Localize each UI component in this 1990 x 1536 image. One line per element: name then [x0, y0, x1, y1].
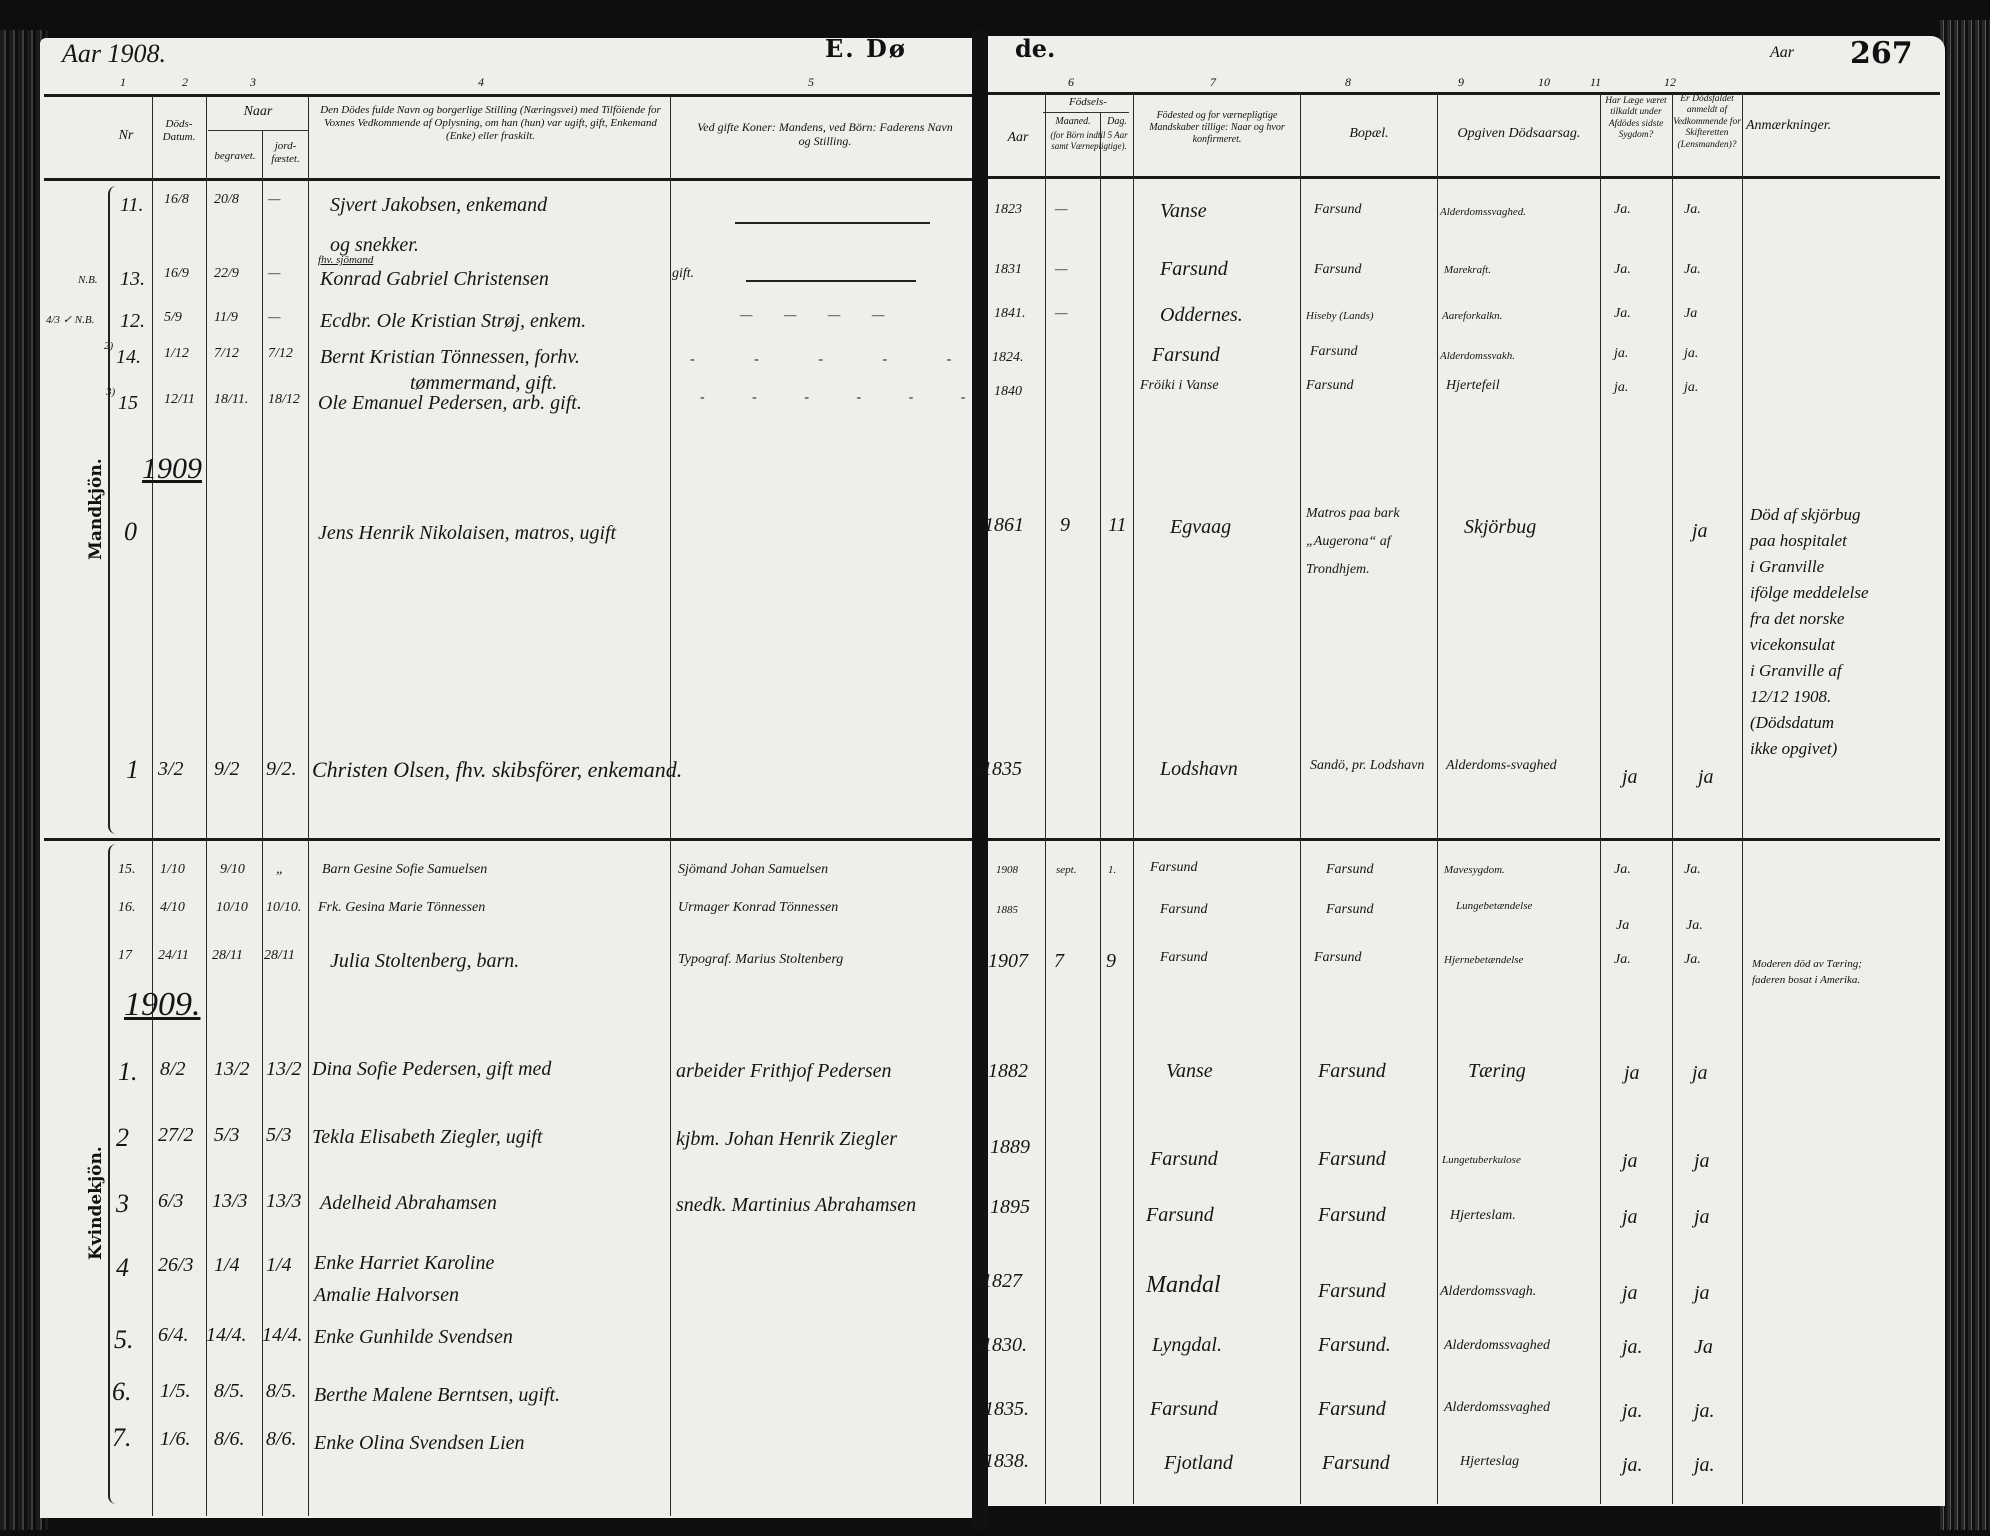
col-rule — [1437, 94, 1438, 1504]
cell-birthplace: Farsund — [1160, 258, 1228, 280]
cell-jord-date: — — [268, 192, 280, 207]
cell-birth-year: 1835. — [984, 1398, 1029, 1420]
cell-birth-day: 9 — [1106, 950, 1116, 972]
cell-name: Konrad Gabriel Christensen — [320, 268, 549, 290]
cell-buried-date: 8/5. — [214, 1380, 245, 1402]
cell-buried-date: 9/10 — [220, 862, 245, 877]
col-rule — [1100, 112, 1101, 1504]
cell-reported: ja — [1694, 1282, 1710, 1304]
cell-nr: 4 — [116, 1254, 129, 1283]
col-rule — [308, 96, 309, 1516]
cell-margin-note: N.B. — [78, 274, 98, 286]
header-begravet: begravet. — [208, 150, 262, 163]
column-number: 5 — [808, 75, 814, 90]
cell-birth-year: 1895 — [990, 1196, 1030, 1218]
column-number: 10 — [1538, 75, 1550, 90]
header-maaned: Maaned. — [1046, 116, 1100, 128]
cell-reported: Ja. — [1684, 952, 1701, 967]
cell-birthplace: Farsund — [1160, 950, 1207, 965]
cell-death-date: 26/3 — [158, 1254, 194, 1276]
cell-buried-date: 18/11. — [214, 392, 248, 407]
section-divider — [44, 838, 972, 841]
cell-birthplace: Mandal — [1146, 1272, 1221, 1298]
cell-death-date: 16/9 — [164, 266, 189, 281]
cell-residence: Farsund — [1318, 1148, 1386, 1170]
cell-jord-date: 13/3 — [266, 1190, 302, 1212]
cell-birth-month: — — [1055, 262, 1067, 277]
cell-jord-date: 7/12 — [268, 346, 293, 361]
cell-nr: 1. — [118, 1058, 138, 1087]
section-divider — [988, 838, 1940, 841]
cell-cause: Alderdomssvaghed. — [1440, 206, 1526, 218]
col-rule — [262, 130, 263, 1516]
cell-birth-year: 1841. — [994, 306, 1026, 321]
cell-birth-year: 1830. — [982, 1334, 1027, 1356]
cell-margin-note: 4/3 ✓ N.B. — [46, 314, 94, 326]
cell-birthplace: Farsund — [1150, 860, 1197, 875]
cell-parent: Typograf. Marius Stoltenberg — [678, 952, 843, 967]
cell-death-date: 6/3 — [158, 1190, 184, 1212]
cell-reported: ja. — [1694, 1400, 1715, 1422]
col-rule — [1742, 94, 1743, 1504]
cell-reported: Ja — [1694, 1336, 1713, 1358]
right-year-label: Aar — [1770, 44, 1794, 62]
cell-nr: 2 — [116, 1124, 129, 1153]
header-laege: Har Læge været tilkaldt under Afdödes si… — [1601, 96, 1671, 142]
cell-doctor: ja — [1622, 1282, 1638, 1304]
cell-death-date: 1/5. — [160, 1380, 191, 1402]
cell-jord-date: — — [268, 266, 280, 281]
cell-parent: snedk. Martinius Abrahamsen — [676, 1194, 916, 1216]
cell-name: Sjvert Jakobsen, enkemand — [330, 194, 547, 216]
cell-name-cont: Amalie Halvorsen — [314, 1284, 459, 1306]
cell-cause: Lungebetændelse — [1456, 900, 1532, 912]
cell-residence: Farsund — [1326, 902, 1373, 917]
header-bopael: Bopæl. — [1302, 126, 1436, 143]
cell-death-date: 6/4. — [158, 1324, 189, 1346]
cell-nr: 7. — [112, 1424, 132, 1453]
cell-reported: Ja. — [1686, 918, 1703, 933]
cell-jord-date: — — [268, 310, 280, 325]
cell-residence: Farsund — [1306, 378, 1353, 393]
cell-parent: — — — — — [740, 308, 898, 323]
cell-reported: Ja. — [1684, 862, 1701, 877]
cell-nr: 15 — [118, 392, 138, 414]
section-female-label: Kvindekjön. — [86, 1146, 106, 1260]
cell-birthplace: Farsund — [1150, 1398, 1218, 1420]
cell-jord-date: 8/5. — [266, 1380, 297, 1402]
column-number: 12 — [1664, 75, 1676, 90]
cell-birthplace: Vanse — [1160, 200, 1207, 222]
cell-residence: Farsund. — [1318, 1334, 1391, 1356]
cell-nr: 17 — [118, 948, 132, 963]
column-number: 8 — [1345, 75, 1351, 90]
cell-death-date: 4/10 — [160, 900, 185, 915]
cell-birthplace: Lyngdal. — [1152, 1334, 1222, 1356]
cell-doctor: Ja. — [1614, 202, 1631, 217]
cell-birth-year: 1882 — [988, 1060, 1028, 1082]
cell-cause: Alderdomssvaghed — [1444, 1400, 1550, 1415]
cell-birth-year: 1907 — [988, 950, 1028, 972]
cell-parent: kjbm. Johan Henrik Ziegler — [676, 1128, 897, 1150]
cell-birthplace: Farsund — [1160, 902, 1207, 917]
cell-cause: Aareforkalkn. — [1442, 310, 1502, 322]
cell-cause: Alderdomssvakh. — [1440, 350, 1515, 362]
cell-residence: Farsund — [1318, 1060, 1386, 1082]
cell-doctor: Ja. — [1614, 262, 1631, 277]
cell-buried-date: 1/4 — [214, 1254, 240, 1276]
cell-nr: 1 — [126, 756, 139, 785]
cell-residence: Farsund — [1318, 1280, 1386, 1302]
cell-name: Dina Sofie Pedersen, gift med — [312, 1058, 551, 1080]
cell-death-date: 1/12 — [164, 346, 189, 361]
cell-residence: Farsund — [1322, 1452, 1390, 1474]
cell-birth-month: — — [1055, 306, 1067, 321]
column-number: 3 — [250, 75, 256, 90]
column-number: 6 — [1068, 75, 1074, 90]
cell-reported: ja. — [1684, 380, 1698, 395]
cell-residence: Farsund — [1314, 202, 1361, 217]
cell-reported: ja — [1694, 1206, 1710, 1228]
col-rule — [1045, 94, 1046, 1504]
cell-residence: Matros paa bark „Augerona“ af Trondhjem. — [1306, 500, 1434, 584]
cell-doctor: Ja. — [1614, 952, 1631, 967]
col-rule — [1600, 94, 1601, 1504]
cell-death-date: 1/10 — [160, 862, 185, 877]
cell-reported: ja — [1694, 1150, 1710, 1172]
cell-buried-date: 11/9 — [214, 310, 238, 325]
cell-doctor: ja. — [1622, 1336, 1643, 1358]
column-number: 2 — [182, 75, 188, 90]
header-aar: Aar — [992, 130, 1044, 147]
cell-buried-date: 9/2 — [214, 758, 240, 780]
cell-birthplace: Fröiki i Vanse — [1140, 378, 1219, 393]
cell-cause: Hjernebetændelse — [1444, 954, 1523, 966]
cell-cause: Lungetuberkulose — [1442, 1154, 1521, 1166]
cell-margin-note: 2) — [104, 340, 113, 352]
cell-buried-date: 20/8 — [214, 192, 239, 207]
cell-buried-date: 8/6. — [214, 1428, 245, 1450]
cell-doctor: ja. — [1614, 346, 1628, 361]
cell-birthplace: Fjotland — [1164, 1452, 1233, 1474]
header-fodested: Födested og for værnepligtige Mandskaber… — [1136, 110, 1298, 146]
header-bottom-rule — [44, 178, 972, 181]
column-number: 1 — [120, 75, 126, 90]
cell-jord-date: 10/10. — [266, 900, 301, 915]
column-number: 4 — [478, 75, 484, 90]
cell-jord-date: 18/12 — [268, 392, 300, 407]
cell-buried-date: 7/12 — [214, 346, 239, 361]
cell-parent: - - - - - — [690, 352, 979, 367]
cell-reported: ja — [1698, 766, 1714, 788]
cell-nr: 16. — [118, 900, 136, 915]
cell-birth-year: 1889 — [990, 1136, 1030, 1158]
fodsels-subrule — [1043, 112, 1129, 113]
cell-name: Julia Stoltenberg, barn. — [330, 950, 519, 972]
cell-death-date: 16/8 — [164, 192, 189, 207]
cell-birth-year: 1835 — [982, 758, 1022, 780]
cell-reported: Ja. — [1684, 202, 1701, 217]
cell-birth-day: 1. — [1108, 864, 1116, 876]
cell-jord-date: „ — [276, 862, 284, 877]
cell-birth-year: 1824. — [992, 350, 1024, 365]
header-nr: Nr — [106, 128, 146, 145]
cell-name: Jens Henrik Nikolaisen, matros, ugift — [318, 522, 616, 544]
cell-nr: 13. — [120, 268, 145, 290]
cell-residence: Farsund — [1310, 344, 1357, 359]
cell-name: Enke Gunhilde Svendsen — [314, 1326, 513, 1348]
cell-residence: Farsund — [1326, 862, 1373, 877]
cell-reported: Ja — [1684, 306, 1697, 321]
header-anmerkninger: Anmærkninger. — [1746, 118, 1896, 135]
cell-jord-date: 1/4 — [266, 1254, 292, 1276]
cell-birth-month: — — [1055, 202, 1067, 217]
cell-birth-year: 1823 — [994, 202, 1022, 217]
header-jordfaestet: jord-fæstet. — [263, 140, 308, 166]
cell-jord-date: 28/11 — [264, 948, 295, 963]
cell-cause: Hjertefeil — [1446, 378, 1500, 393]
header-fodsels-note: (for Börn indtil 5 Aar samt Værnepligtig… — [1046, 130, 1132, 152]
cell-birth-day: 11 — [1108, 514, 1127, 536]
cell-nr: 0 — [124, 518, 137, 547]
male-section-brace — [108, 186, 118, 834]
cell-parent-blank — [746, 280, 916, 282]
cell-nr: 6. — [112, 1378, 132, 1407]
cell-parent: arbeider Frithjof Pedersen — [676, 1060, 892, 1082]
female-year-1909: 1909. — [124, 986, 201, 1023]
cell-residence: Farsund — [1314, 262, 1361, 277]
column-number: 7 — [1210, 75, 1216, 90]
header-anmeldt: Er Dödsfaldet anmeldt af Vedkommende for… — [1673, 94, 1741, 151]
cell-birth-year: 1827 — [982, 1270, 1022, 1292]
cell-birth-year: 1885 — [996, 904, 1018, 916]
column-number: 11 — [1590, 75, 1601, 90]
cell-name: Bernt Kristian Tönnessen, forhv. — [320, 346, 580, 368]
col-rule — [206, 96, 207, 1516]
cell-birth-month: 7 — [1054, 950, 1064, 972]
cell-jord-date: 13/2 — [266, 1058, 302, 1080]
cell-birthplace: Farsund — [1146, 1204, 1214, 1226]
left-year-label: Aar 1908. — [62, 40, 166, 69]
book-spine — [972, 30, 988, 1530]
col-rule — [152, 96, 153, 1516]
header-top-rule — [988, 92, 1940, 95]
cell-name-cont: og snekker. — [330, 234, 419, 256]
cell-buried-date: 13/3 — [212, 1190, 248, 1212]
book-edge-right — [1940, 20, 1990, 1530]
cell-residence: Hiseby (Lands) — [1306, 310, 1374, 322]
cell-doctor: ja — [1622, 1150, 1638, 1172]
cell-buried-date: 10/10 — [216, 900, 248, 915]
cell-birth-year: 1838. — [984, 1450, 1029, 1472]
cell-nr: 12. — [120, 310, 145, 332]
cell-death-date: 1/6. — [160, 1428, 191, 1450]
cell-buried-date: 13/2 — [214, 1058, 250, 1080]
cell-residence: Sandö, pr. Lodshavn — [1310, 752, 1434, 780]
header-dodsaarsag: Opgiven Dödsaarsag. — [1438, 126, 1600, 143]
cell-doctor: ja — [1622, 1206, 1638, 1228]
cell-parent-blank — [735, 222, 930, 224]
cell-parent: - - - - - - — [700, 390, 987, 405]
cell-birth-year: 1908 — [996, 864, 1018, 876]
header-naar: Naar — [208, 104, 308, 121]
header-parent: Ved gifte Koner: Mandens, ved Börn: Fade… — [690, 120, 960, 149]
cell-buried-date: 22/9 — [214, 266, 239, 281]
section-male-label: Mandkjön. — [86, 458, 106, 560]
cell-nr: 14. — [116, 346, 141, 368]
col-rule — [670, 96, 671, 1516]
column-number: 9 — [1458, 75, 1464, 90]
header-name: Den Dödes fulde Navn og borgerlige Still… — [318, 104, 663, 144]
cell-parent: Sjömand Johan Samuelsen — [678, 862, 828, 877]
cell-doctor: ja. — [1622, 1400, 1643, 1422]
cell-buried-date: 28/11 — [212, 948, 243, 963]
cell-name-suffix: gift. — [672, 266, 694, 281]
cell-death-date: 5/9 — [164, 310, 182, 325]
cell-margin-note: 3) — [106, 386, 115, 398]
cell-remarks: Moderen död av Tæring; faderen bosat i A… — [1752, 956, 1862, 988]
cell-reported: ja — [1692, 520, 1708, 542]
cell-cause: Mavesygdom. — [1444, 864, 1505, 876]
cell-doctor: ja — [1624, 1062, 1640, 1084]
cell-reported: Ja. — [1684, 262, 1701, 277]
cell-death-date: 27/2 — [158, 1124, 194, 1146]
cell-birth-month: 9 — [1060, 514, 1070, 536]
cell-cause: Marekraft. — [1444, 264, 1491, 276]
cell-name: Christen Olsen, fhv. skibsförer, enkeman… — [312, 758, 682, 782]
cell-buried-date: 5/3 — [214, 1124, 240, 1146]
cell-name: Ole Emanuel Pedersen, arb. gift. — [318, 392, 582, 414]
cell-name: Tekla Elisabeth Ziegler, ugift — [312, 1126, 542, 1148]
cell-birth-month: sept. — [1056, 864, 1076, 876]
cell-jord-date: 5/3 — [266, 1124, 292, 1146]
register-title-left: E. Dø — [825, 34, 907, 63]
cell-name: Frk. Gesina Marie Tönnessen — [318, 900, 485, 915]
cell-birth-year: 1861 — [984, 514, 1024, 536]
cell-birthplace: Vanse — [1166, 1060, 1213, 1082]
cell-residence: Farsund — [1318, 1398, 1386, 1420]
cell-nr: 3 — [116, 1190, 129, 1219]
cell-jord-date: 9/2. — [266, 758, 297, 780]
register-title-right: de. — [1015, 34, 1055, 63]
cell-name-cont: tømmermand, gift. — [410, 372, 557, 394]
cell-cause: Tæring — [1468, 1060, 1526, 1082]
cell-reported: ja. — [1684, 346, 1698, 361]
cell-nr: 5. — [114, 1326, 134, 1355]
cell-doctor: Ja. — [1614, 306, 1631, 321]
cell-doctor: ja — [1622, 766, 1638, 788]
cell-birthplace: Farsund — [1150, 1148, 1218, 1170]
header-top-rule — [44, 94, 972, 97]
cell-cause: Alderdomssvaghed — [1444, 1338, 1550, 1353]
cell-name: Adelheid Abrahamsen — [320, 1192, 497, 1214]
cell-residence: Farsund — [1318, 1204, 1386, 1226]
cell-parent: Urmager Konrad Tönnessen — [678, 900, 838, 915]
cell-reported: ja. — [1694, 1454, 1715, 1476]
cell-birthplace: Farsund — [1152, 344, 1220, 366]
cell-jord-date: 14/4. — [262, 1324, 303, 1346]
cell-remarks: Död af skjörbug paa hospitalet i Granvil… — [1750, 502, 1869, 762]
cell-doctor: ja. — [1622, 1454, 1643, 1476]
col-rule — [1133, 94, 1134, 1504]
cell-name-prefix: fhv. sjömand — [318, 254, 373, 266]
cell-jord-date: 8/6. — [266, 1428, 297, 1450]
cell-doctor: Ja — [1616, 918, 1629, 933]
col-rule — [1300, 94, 1301, 1504]
cell-name: Berthe Malene Berntsen, ugift. — [314, 1384, 560, 1406]
cell-birthplace: Oddernes. — [1160, 304, 1243, 326]
cell-birth-year: 1831 — [994, 262, 1022, 277]
cell-buried-date: 14/4. — [206, 1324, 247, 1346]
cell-cause: Alderdomssvagh. — [1440, 1284, 1536, 1299]
header-dag: Dag. — [1101, 116, 1133, 128]
page-number: 267 — [1850, 36, 1913, 71]
cell-cause: Alderdoms-svaghed — [1446, 752, 1570, 780]
cell-name: Enke Harriet Karoline — [314, 1252, 494, 1274]
cell-death-date: 24/11 — [158, 948, 189, 963]
cell-nr: 15. — [118, 862, 136, 877]
col-rule — [1672, 94, 1673, 1504]
header-bottom-rule — [988, 176, 1940, 179]
cell-name: Ecdbr. Ole Kristian Strøj, enkem. — [320, 310, 586, 332]
cell-doctor: Ja. — [1614, 862, 1631, 877]
male-year-1909: 1909 — [142, 452, 202, 485]
naar-subrule — [208, 130, 308, 131]
cell-cause: Skjörbug — [1464, 516, 1536, 538]
cell-name: Barn Gesine Sofie Samuelsen — [322, 862, 487, 877]
cell-residence: Farsund — [1314, 950, 1361, 965]
cell-birthplace: Lodshavn — [1160, 758, 1238, 780]
cell-birth-year: 1840 — [994, 384, 1022, 399]
cell-nr: 11. — [120, 194, 144, 216]
cell-cause: Hjerteslag — [1460, 1454, 1519, 1469]
cell-cause: Hjerteslam. — [1450, 1208, 1516, 1223]
cell-death-date: 12/11 — [164, 392, 195, 407]
cell-reported: ja — [1692, 1062, 1708, 1084]
cell-death-date: 3/2 — [158, 758, 184, 780]
header-dods-datum: Döds-Datum. — [154, 118, 204, 144]
header-fodsels: Födsels- — [1046, 96, 1130, 109]
cell-death-date: 8/2 — [160, 1058, 186, 1080]
cell-name: Enke Olina Svendsen Lien — [314, 1432, 525, 1454]
cell-doctor: ja. — [1614, 380, 1628, 395]
cell-birthplace: Egvaag — [1170, 516, 1231, 538]
